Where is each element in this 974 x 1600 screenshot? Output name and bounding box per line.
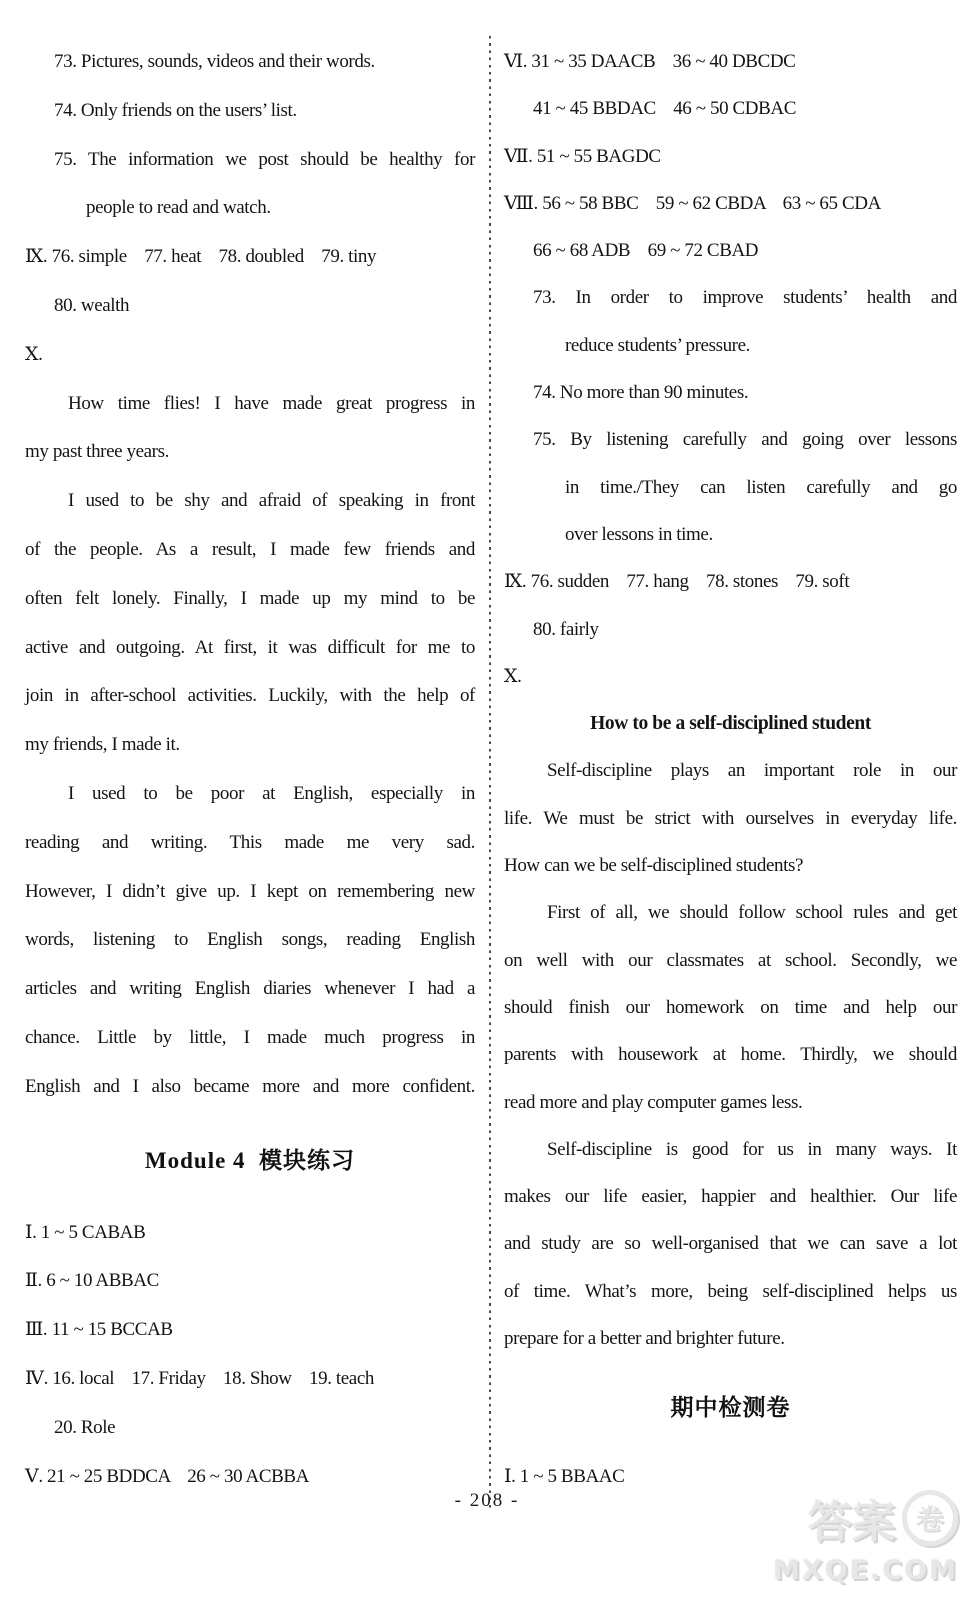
text-line: reduce students’ pressure. bbox=[504, 322, 957, 369]
column-divider bbox=[489, 36, 491, 1512]
text-line: should finish our homework on time and h… bbox=[504, 984, 957, 1031]
text-line: 80. wealth bbox=[25, 282, 475, 331]
text-line: How to be a self-disciplined student bbox=[504, 700, 957, 747]
text-line: Ⅷ. 56 ~ 58 BBC 59 ~ 62 CBDA 63 ~ 65 CDA bbox=[504, 180, 957, 227]
text-line: Ⅸ. 76. sudden 77. hang 78. stones 79. so… bbox=[504, 558, 957, 605]
text-line: prepare for a better and brighter future… bbox=[504, 1315, 957, 1362]
text-line: people to read and watch. bbox=[25, 184, 475, 233]
text-line: Self-discipline is good for us in many w… bbox=[504, 1126, 957, 1173]
text-line: I used to be poor at English, especially… bbox=[25, 770, 475, 819]
text-line: in time./They can listen carefully and g… bbox=[504, 464, 957, 511]
text-line: Ⅹ. bbox=[504, 653, 957, 700]
answer-key-page: 73. Pictures, sounds, videos and their w… bbox=[0, 0, 974, 1600]
text-line: However, I didn’t give up. I kept on rem… bbox=[25, 868, 475, 917]
text-line: over lessons in time. bbox=[504, 511, 957, 558]
text-line: makes our life easier, happier and healt… bbox=[504, 1173, 957, 1220]
watermark-site: MXQE.COM bbox=[773, 1555, 958, 1586]
text-line: How can we be self-disciplined students? bbox=[504, 842, 957, 889]
text-line: reading and writing. This made me very s… bbox=[25, 819, 475, 868]
text-line: often felt lonely. Finally, I made up my… bbox=[25, 575, 475, 624]
text-line: How time flies! I have made great progre… bbox=[25, 380, 475, 429]
text-line: articles and writing English diaries whe… bbox=[25, 965, 475, 1014]
text-line: read more and play computer games less. bbox=[504, 1079, 957, 1126]
text-line: chance. Little by little, I made much pr… bbox=[25, 1014, 475, 1063]
text-line: Ⅹ. bbox=[25, 331, 475, 380]
text-line: Ⅳ. 16. local 17. Friday 18. Show 19. tea… bbox=[25, 1355, 475, 1404]
text-line: 73. In order to improve students’ health… bbox=[504, 274, 957, 321]
text-line: Ⅱ. 6 ~ 10 ABBAC bbox=[25, 1257, 475, 1306]
text-line: 80. fairly bbox=[504, 606, 957, 653]
watermark-title: 答案 卷 bbox=[773, 1486, 958, 1550]
text-line: Self-discipline plays an important role … bbox=[504, 747, 957, 794]
text-line: words, listening to English songs, readi… bbox=[25, 916, 475, 965]
text-line: 73. Pictures, sounds, videos and their w… bbox=[25, 38, 475, 87]
text-line: life. We must be strict with ourselves i… bbox=[504, 795, 957, 842]
text-line: join in after-school activities. Luckily… bbox=[25, 672, 475, 721]
text-line: 75. By listening carefully and going ove… bbox=[504, 416, 957, 463]
text-line: 20. Role bbox=[25, 1404, 475, 1453]
text-line: 66 ~ 68 ADB 69 ~ 72 CBAD bbox=[504, 227, 957, 274]
text-line: on well with our classmates at school. S… bbox=[504, 937, 957, 984]
text-line: I used to be shy and afraid of speaking … bbox=[25, 477, 475, 526]
midterm-heading: 期中检测卷 bbox=[504, 1384, 957, 1431]
right-column: Ⅵ. 31 ~ 35 DAACB 36 ~ 40 DBCDC41 ~ 45 BB… bbox=[504, 38, 957, 1501]
text-line: English and I also became more and more … bbox=[25, 1063, 475, 1112]
module4-heading: Module 4 模块练习 bbox=[25, 1136, 475, 1185]
text-line: 74. No more than 90 minutes. bbox=[504, 369, 957, 416]
text-line: 74. Only friends on the users’ list. bbox=[25, 87, 475, 136]
text-line: my friends, I made it. bbox=[25, 721, 475, 770]
watermark-logo: 答案 卷 MXQE.COM bbox=[773, 1486, 958, 1586]
text-line: Ⅵ. 31 ~ 35 DAACB 36 ~ 40 DBCDC bbox=[504, 38, 957, 85]
text-line: Ⅸ. 76. simple 77. heat 78. doubled 79. t… bbox=[25, 233, 475, 282]
text-line: 75. The information we post should be he… bbox=[25, 136, 475, 185]
text-line: Ⅲ. 11 ~ 15 BCCAB bbox=[25, 1306, 475, 1355]
text-line: and study are so well-organised that we … bbox=[504, 1220, 957, 1267]
text-line: Ⅰ. 1 ~ 5 CABAB bbox=[25, 1209, 475, 1258]
text-line: of the people. As a result, I made few f… bbox=[25, 526, 475, 575]
left-column: 73. Pictures, sounds, videos and their w… bbox=[25, 38, 475, 1501]
text-line: parents with housework at home. Thirdly,… bbox=[504, 1031, 957, 1078]
text-line: my past three years. bbox=[25, 428, 475, 477]
watermark-circle-icon: 卷 bbox=[902, 1490, 958, 1546]
watermark-text: 答案 bbox=[808, 1486, 896, 1550]
text-line: active and outgoing. At first, it was di… bbox=[25, 624, 475, 673]
text-line: Ⅶ. 51 ~ 55 BAGDC bbox=[504, 133, 957, 180]
text-line: of time. What’s more, being self-discipl… bbox=[504, 1268, 957, 1315]
text-line: First of all, we should follow school ru… bbox=[504, 889, 957, 936]
text-line: 41 ~ 45 BBDAC 46 ~ 50 CDBAC bbox=[504, 85, 957, 132]
